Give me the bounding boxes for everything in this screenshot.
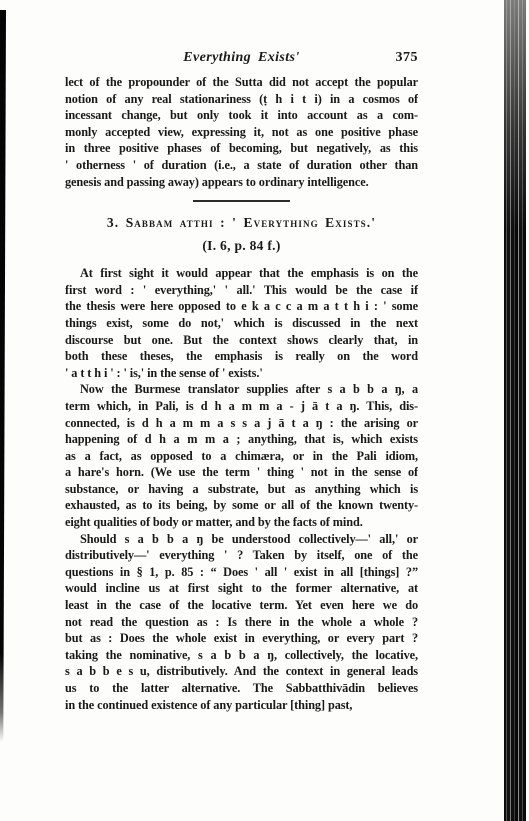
text-line: term which, in Pali, is d h a m m a - j … bbox=[65, 398, 418, 415]
text-line: not read the question as : Is there in t… bbox=[65, 614, 418, 631]
text-line: At first sight it would appear that the … bbox=[65, 265, 418, 282]
text-line: but as : Does the whole exist in everyth… bbox=[65, 630, 418, 647]
text-line: both these theses, the emphasis is reall… bbox=[65, 348, 418, 365]
text-line: lect of the propounder of the Sutta did … bbox=[65, 74, 418, 91]
text-line: connected, is d h a m m a s s a j ā t a … bbox=[65, 415, 418, 432]
text-line: distributively—' everything ' ? Taken by… bbox=[65, 547, 418, 564]
text-line: happening of d h a m m a ; anything, tha… bbox=[65, 431, 418, 448]
running-header-title: Everything Exists' bbox=[65, 50, 418, 66]
text-line: notion of any real stationariness (ṭ h i… bbox=[65, 91, 418, 108]
scan-left-edge-bar bbox=[0, 10, 6, 742]
section-divider bbox=[193, 200, 290, 202]
scanned-book-page: Everything Exists' 375 lect of the propo… bbox=[0, 0, 529, 821]
text-line: things exist, some do not,' which is dis… bbox=[65, 315, 418, 332]
page-content: Everything Exists' 375 lect of the propo… bbox=[65, 50, 418, 713]
section-heading: 3. Sabbam atthi : ' Everything Exists.' bbox=[65, 215, 418, 231]
text-line: in the continued existence of any partic… bbox=[65, 697, 418, 714]
text-line: taking the nominative, s a b b a ŋ, coll… bbox=[65, 647, 418, 664]
text-line: the thesis were here opposed to e k a c … bbox=[65, 298, 418, 315]
text-line: s a b b e s u, distributively. And the c… bbox=[65, 663, 418, 680]
text-line: would incline us at first sight to the f… bbox=[65, 580, 418, 597]
text-line: incessant change, but only took it into … bbox=[65, 107, 418, 124]
text-line: exhausted, as to its being, by some or a… bbox=[65, 497, 418, 514]
text-line: in three positive phases of becoming, bu… bbox=[65, 140, 418, 157]
text-line: us to the latter alternative. The Sabbat… bbox=[65, 680, 418, 697]
text-line: a hare's horn. (We use the term ' thing … bbox=[65, 464, 418, 481]
text-line: as a fact, as opposed to a chimæra, or i… bbox=[65, 448, 418, 465]
text-line: substance, or having a substrate, but as… bbox=[65, 481, 418, 498]
text-line: Now the Burmese translator supplies afte… bbox=[65, 381, 418, 398]
text-line: genesis and passing away) appears to ord… bbox=[65, 174, 418, 191]
text-line: ' a t t h i ' : ' is,' in the sense of '… bbox=[65, 365, 418, 382]
text-line: discourse but one. But the context shows… bbox=[65, 332, 418, 349]
text-line: questions in § 1, p. 85 : “ Does ' all '… bbox=[65, 564, 418, 581]
scan-binding-edge bbox=[504, 0, 526, 821]
running-header: Everything Exists' 375 bbox=[65, 50, 418, 68]
text-line: monly accepted view, expressing it, not … bbox=[65, 124, 418, 141]
text-line: ' otherness ' of duration (i.e., a state… bbox=[65, 157, 418, 174]
section-subheading: (I. 6, p. 84 f.) bbox=[65, 238, 418, 254]
text-line: least in the case of the locative term. … bbox=[65, 597, 418, 614]
text-line: Should s a b b a ŋ be understood collect… bbox=[65, 531, 418, 548]
text-line: eight qualities of body or matter, and b… bbox=[65, 514, 418, 531]
text-line: first word : ' everything,' ' all.' This… bbox=[65, 282, 418, 299]
body-text: lect of the propounder of the Sutta did … bbox=[65, 74, 418, 713]
page-number: 375 bbox=[396, 50, 419, 66]
